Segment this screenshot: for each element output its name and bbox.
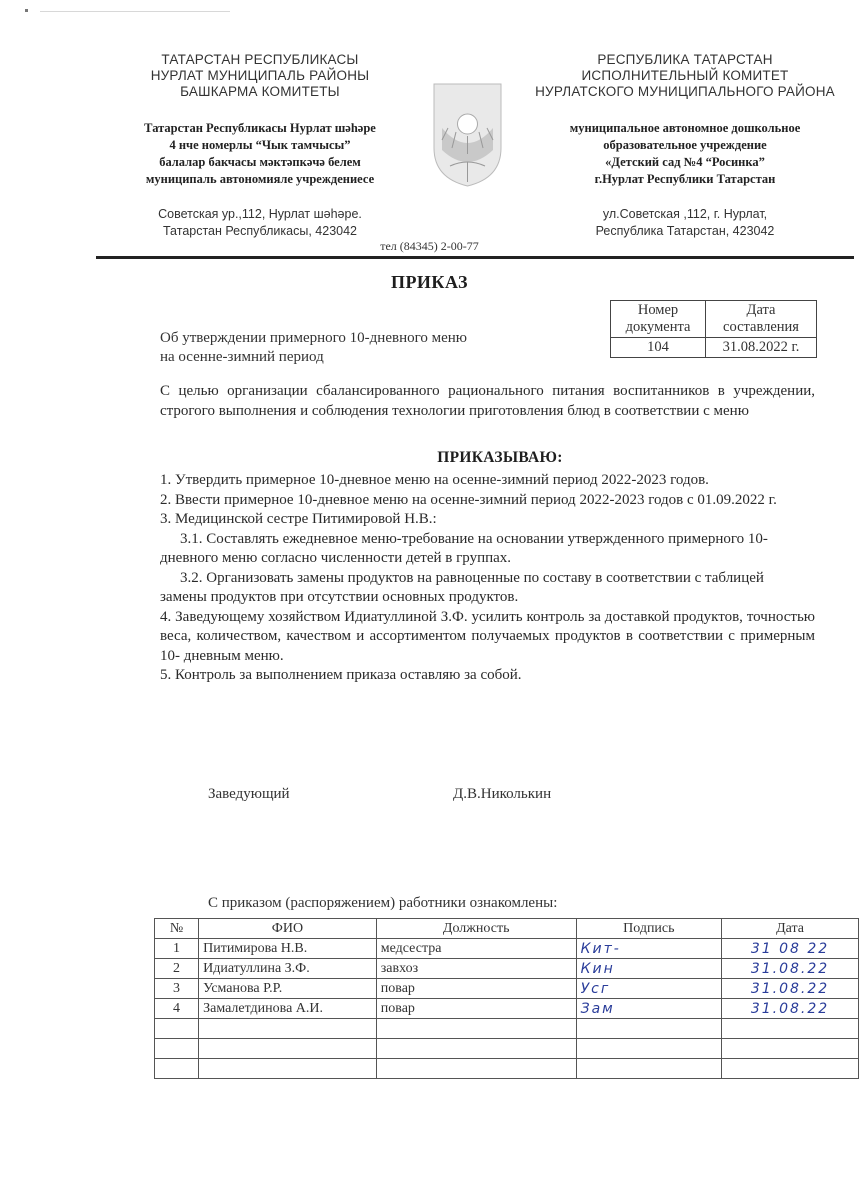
col-date: Дата (722, 919, 859, 939)
row-number: 3 (155, 979, 199, 999)
row-date (722, 1019, 859, 1039)
item-3: 3. Медицинской сестре Питимировой Н.В.: (160, 510, 815, 530)
table-row: 4 Замалетдинова А.И. повар Зам 31.08.22 (155, 999, 859, 1019)
order-word: ПРИКАЗЫВАЮ: (0, 449, 859, 467)
row-date: 31.08.22 (722, 979, 859, 999)
header-line: Татарстан Республикасы Нурлат шәһәре (100, 120, 420, 137)
table-header-row: № ФИО Должность Подпись Дата (155, 919, 859, 939)
preamble: С целью организации сбалансированного ра… (160, 382, 815, 421)
item-5: 5. Контроль за выполнением приказа остав… (160, 666, 815, 686)
header-right-org: муниципальное автономное дошкольное обра… (520, 120, 850, 188)
row-position: повар (376, 979, 576, 999)
col-position: Должность (376, 919, 576, 939)
item-1: 1. Утвердить примерное 10-дневное меню н… (160, 471, 815, 491)
row-name (199, 1039, 377, 1059)
header-line: «Детский сад №4 “Росинка” (520, 154, 850, 171)
coat-of-arms-icon (430, 78, 505, 188)
subject-line: на осенне-зимний период (160, 348, 467, 367)
header-left-caps: ТАТАРСТАН РЕСПУБЛИКАСЫ НУРЛАТ МУНИЦИПАЛЬ… (100, 52, 420, 100)
header-left-org: Татарстан Республикасы Нурлат шәһәре 4 н… (100, 120, 420, 188)
header-right-caps: РЕСПУБЛИКА ТАТАРСТАН ИСПОЛНИТЕЛЬНЫЙ КОМИ… (520, 52, 850, 100)
header-line: образовательное учреждение (520, 137, 850, 154)
row-signature: Кин (576, 959, 721, 979)
acknowledgement-table: № ФИО Должность Подпись Дата 1 Питимиров… (154, 918, 859, 1079)
row-name: Идиатуллина З.Ф. (199, 959, 377, 979)
order-items: 1. Утвердить примерное 10-дневное меню н… (160, 471, 815, 686)
header-line: Республика Татарстан, 423042 (520, 223, 850, 240)
header-line: НУРЛАТСКОГО МУНИЦИПАЛЬНОГО РАЙОНА (520, 84, 850, 100)
row-number (155, 1059, 199, 1079)
row-signature (576, 1059, 721, 1079)
header-divider (96, 256, 854, 259)
header-line: РЕСПУБЛИКА ТАТАРСТАН (520, 52, 850, 68)
row-signature: Кит- (576, 939, 721, 959)
row-position: повар (376, 999, 576, 1019)
row-position: завхоз (376, 959, 576, 979)
table-row-empty (155, 1039, 859, 1059)
row-position (376, 1039, 576, 1059)
doc-number-value: 104 (611, 338, 706, 358)
table-row: 1 Питимирова Н.В. медсестра Кит- 31 08 2… (155, 939, 859, 959)
header-line: балалар бакчасы мәктәпкәчә белем (100, 154, 420, 171)
row-date (722, 1039, 859, 1059)
document-title: ПРИКАЗ (0, 272, 859, 293)
row-position (376, 1019, 576, 1039)
item-3-2: 3.2. Организовать замены продуктов на ра… (160, 569, 790, 608)
row-number (155, 1019, 199, 1039)
header-left: ТАТАРСТАН РЕСПУБЛИКАСЫ НУРЛАТ МУНИЦИПАЛЬ… (100, 52, 420, 240)
item-3-1: 3.1. Составлять ежедневное меню-требован… (160, 530, 820, 569)
row-signature: Зам (576, 999, 721, 1019)
row-number: 2 (155, 959, 199, 979)
doc-date-value: 31.08.2022 г. (706, 338, 817, 358)
item-4: 4. Заведующему хозяйством Идиатуллиной З… (160, 608, 815, 667)
header-line: БАШКАРМА КОМИТЕТЫ (100, 84, 420, 100)
row-signature (576, 1019, 721, 1039)
row-name: Питимирова Н.В. (199, 939, 377, 959)
item-2: 2. Ввести примерное 10-дневное меню на о… (160, 491, 780, 511)
acknowledgement-caption: С приказом (распоряжением) работники озн… (208, 895, 557, 912)
row-date (722, 1059, 859, 1079)
header-line: г.Нурлат Республики Татарстан (520, 171, 850, 188)
row-number: 1 (155, 939, 199, 959)
header-line: НУРЛАТ МУНИЦИПАЛЬ РАЙОНЫ (100, 68, 420, 84)
row-position (376, 1059, 576, 1079)
header-text: Дата (710, 302, 812, 319)
header-line: муниципаль автономияле учреждениесе (100, 171, 420, 188)
table-row-empty (155, 1059, 859, 1079)
col-signature: Подпись (576, 919, 721, 939)
header-line: ТАТАРСТАН РЕСПУБЛИКАСЫ (100, 52, 420, 68)
col-number: № (155, 919, 199, 939)
phone-number: тел (84345) 2-00-77 (0, 239, 859, 254)
row-position: медсестра (376, 939, 576, 959)
doc-date-header: Дата составления (706, 301, 817, 338)
header-line: ул.Советская ,112, г. Нурлат, (520, 206, 850, 223)
row-signature (576, 1039, 721, 1059)
header-line: муниципальное автономное дошкольное (520, 120, 850, 137)
row-signature: Усг (576, 979, 721, 999)
table-row-empty (155, 1019, 859, 1039)
header-text: составления (710, 319, 812, 336)
document-subject: Об утверждении примерного 10-дневного ме… (160, 329, 467, 367)
document-number-table: Номер документа Дата составления 104 31.… (610, 300, 817, 358)
header-text: документа (615, 319, 701, 336)
scan-line (40, 11, 230, 12)
row-name: Замалетдинова А.И. (199, 999, 377, 1019)
col-name: ФИО (199, 919, 377, 939)
row-number (155, 1039, 199, 1059)
row-name (199, 1059, 377, 1079)
header-right-address: ул.Советская ,112, г. Нурлат, Республика… (520, 206, 850, 240)
subject-line: Об утверждении примерного 10-дневного ме… (160, 329, 467, 348)
row-date: 31.08.22 (722, 999, 859, 1019)
table-row: 3 Усманова Р.Р. повар Усг 31.08.22 (155, 979, 859, 999)
header-right: РЕСПУБЛИКА ТАТАРСТАН ИСПОЛНИТЕЛЬНЫЙ КОМИ… (520, 52, 850, 240)
header-line: Татарстан Республикасы, 423042 (100, 223, 420, 240)
doc-number-header: Номер документа (611, 301, 706, 338)
header-left-address: Советская ур.,112, Нурлат шәһәре. Татарс… (100, 206, 420, 240)
signatory-name: Д.В.Николькин (453, 786, 551, 803)
row-date: 31 08 22 (722, 939, 859, 959)
row-name: Усманова Р.Р. (199, 979, 377, 999)
header-line: 4 нче номерлы “Чык тамчысы” (100, 137, 420, 154)
header-text: Номер (615, 302, 701, 319)
row-number: 4 (155, 999, 199, 1019)
table-row: 2 Идиатуллина З.Ф. завхоз Кин 31.08.22 (155, 959, 859, 979)
header-line: ИСПОЛНИТЕЛЬНЫЙ КОМИТЕТ (520, 68, 850, 84)
scan-mark (25, 9, 28, 12)
row-date: 31.08.22 (722, 959, 859, 979)
row-name (199, 1019, 377, 1039)
header-line: Советская ур.,112, Нурлат шәһәре. (100, 206, 420, 223)
signatory-position: Заведующий (208, 786, 290, 803)
